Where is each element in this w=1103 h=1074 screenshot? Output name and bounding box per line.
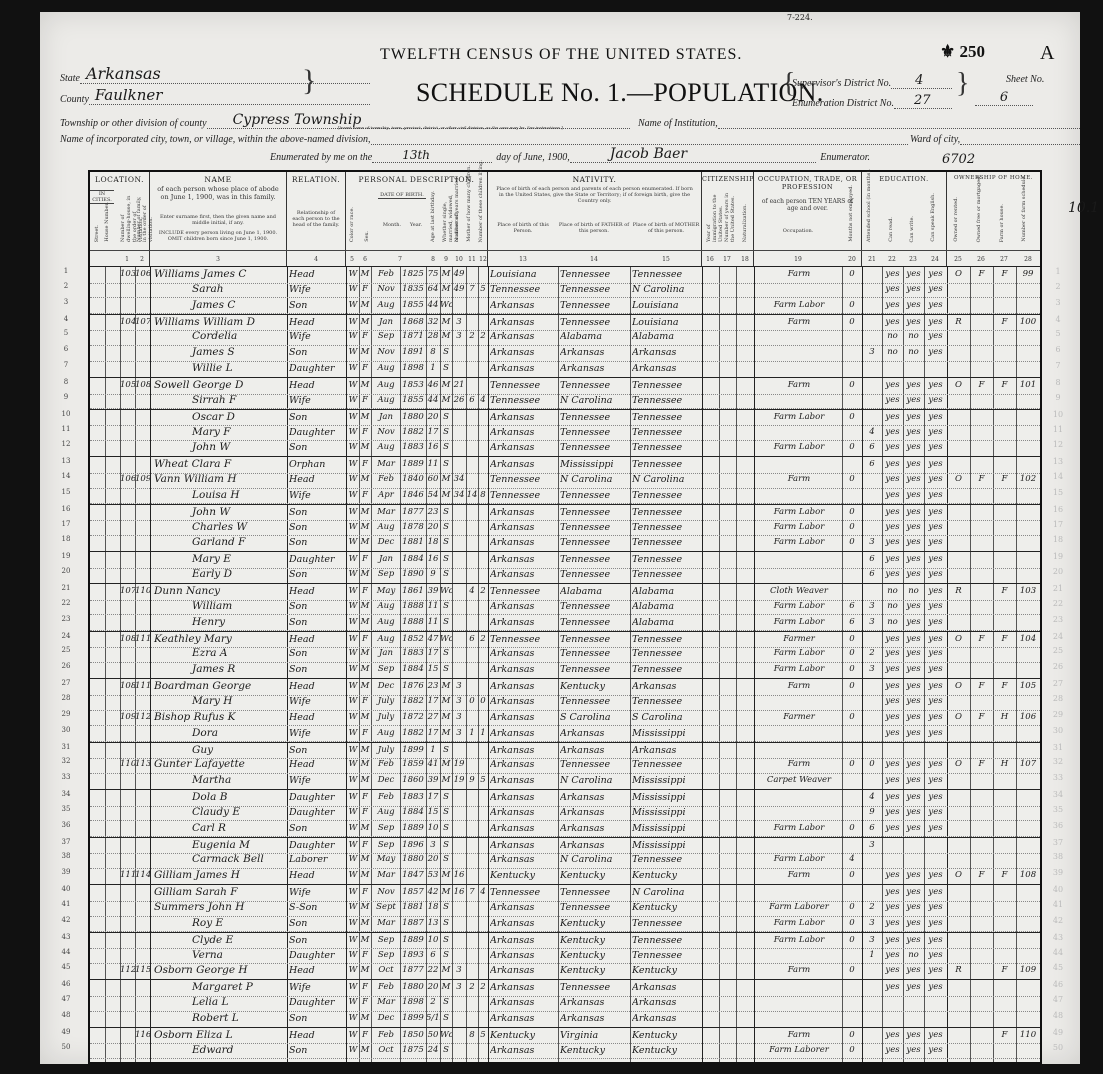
cell-bf: Alabama — [560, 329, 630, 345]
cell-own — [947, 743, 970, 759]
line-number-left: 31 — [56, 743, 76, 751]
name-sub1: of each person whose place of abode on J… — [156, 186, 280, 202]
cell-school — [862, 679, 882, 695]
years-married-header: Number of years married. — [454, 176, 460, 242]
institution-label: Name of Institution, — [638, 118, 718, 129]
cell-sex: M — [359, 852, 371, 868]
cell-born — [466, 868, 478, 884]
corner-note: 6702 — [942, 152, 975, 167]
cell-unemp — [842, 790, 862, 806]
cell-dw — [120, 1028, 135, 1044]
cell-age: 23 — [426, 505, 440, 521]
column-number: 2 — [134, 256, 150, 263]
cell-occ: Farm Labor — [756, 505, 842, 521]
cell-read: yes — [882, 567, 903, 583]
cell-own — [947, 361, 970, 377]
line-number-right: 19 — [1048, 552, 1068, 561]
line-number-left: 4 — [56, 315, 76, 323]
cell-farm — [993, 599, 1016, 615]
cell-own — [947, 646, 970, 662]
cell-own — [947, 933, 970, 949]
cell-farm — [993, 615, 1016, 631]
cell-month: Jan — [372, 646, 400, 662]
cell-mar: S — [440, 425, 452, 441]
line-number-left: 46 — [56, 980, 76, 988]
cell-living — [478, 679, 488, 695]
cell-read: yes — [882, 505, 903, 521]
enumerator-name: Jacob Baer — [570, 148, 816, 163]
cell-year: 1882 — [400, 694, 426, 710]
cell-write: yes — [903, 282, 924, 298]
cell-age: 47 — [426, 632, 440, 648]
cell-dw — [120, 535, 135, 551]
cell-rel: Wife — [289, 329, 345, 345]
cell-yrs — [452, 584, 466, 600]
enumerator-label: Enumerator. — [820, 152, 870, 163]
cell-unemp: 0 — [842, 410, 862, 426]
table-row: Willie LDaughterWFAug18981SArkansasArkan… — [90, 361, 1040, 378]
cell-living: 2 — [478, 632, 488, 648]
cell-born: 8 — [466, 1028, 478, 1044]
cell-bp: Arkansas — [490, 425, 558, 441]
column-number: 12 — [475, 256, 491, 263]
cell-eng: yes — [924, 567, 947, 583]
cell-month: Feb — [372, 472, 400, 488]
line-number-left: 11 — [56, 425, 76, 433]
cell-month: Sep — [372, 329, 400, 345]
cell-school: 6 — [862, 567, 882, 583]
cell-sched — [1016, 361, 1040, 377]
cell-bp: Arkansas — [490, 726, 558, 742]
enumerated-field: Enumerated by me on the 13th day of June… — [270, 148, 870, 163]
cell-free: F — [970, 472, 993, 488]
cell-year: 1855 — [400, 393, 426, 409]
cell-fam — [135, 980, 150, 996]
cell-sex: M — [359, 520, 371, 536]
cell-bm: Mississippi — [632, 790, 702, 806]
cell-born — [466, 298, 478, 314]
cell-mar: S — [440, 410, 452, 426]
line-number-left: 33 — [56, 773, 76, 781]
cell-rel: Daughter — [289, 805, 345, 821]
cell-sex: F — [359, 457, 371, 473]
cell-born — [466, 552, 478, 568]
cell-yrs — [452, 646, 466, 662]
cell-living — [478, 440, 488, 456]
cell-sched — [1016, 535, 1040, 551]
cell-sex: M — [359, 662, 371, 678]
cell-dw — [120, 900, 135, 916]
cell-yrs — [452, 440, 466, 456]
cell-sex: M — [359, 821, 371, 837]
cell-school — [862, 963, 882, 979]
cell-bf: Arkansas — [560, 790, 630, 806]
cell-sched — [1016, 933, 1040, 949]
cell-year: 1880 — [400, 410, 426, 426]
cell-color: W — [347, 694, 359, 710]
table-row: HenrySonWMAug188811SArkansasTennesseeAla… — [90, 615, 1040, 632]
cell-school: 0 — [862, 757, 882, 773]
nativity-title: NATIVITY. — [488, 175, 701, 184]
line-number-right: 2 — [1048, 282, 1068, 291]
cell-year: 1891 — [400, 345, 426, 361]
cell-living — [478, 900, 488, 916]
cell-yrs — [452, 410, 466, 426]
cell-farm — [993, 505, 1016, 521]
state-label: State — [60, 73, 80, 84]
cell-year: 1890 — [400, 567, 426, 583]
cell-dw — [120, 599, 135, 615]
cell-write: yes — [903, 393, 924, 409]
cell-yrs — [452, 838, 466, 854]
cell-sched — [1016, 488, 1040, 504]
cell-fam — [135, 440, 150, 456]
cell-age: 39 — [426, 773, 440, 789]
cell-bf: Tennessee — [560, 980, 630, 996]
cell-rel: Daughter — [289, 790, 345, 806]
cell-occ — [756, 361, 842, 377]
column-number: 26 — [973, 256, 989, 263]
cell-bp: Arkansas — [490, 916, 558, 932]
cell-born — [466, 790, 478, 806]
cell-yrs — [452, 948, 466, 964]
cell-age: 8 — [426, 345, 440, 361]
cell-color: W — [347, 632, 359, 648]
cell-mar: S — [440, 615, 452, 631]
cell-born — [466, 615, 478, 631]
cell-school — [862, 488, 882, 504]
cell-own — [947, 790, 970, 806]
table-row: Carl RSonWMSep188910SArkansasArkansasMis… — [90, 821, 1040, 838]
line-number-right: 15 — [1048, 488, 1068, 497]
line-number-left: 34 — [56, 790, 76, 798]
table-row: John WSonWMAug188316SArkansasTennesseeTe… — [90, 440, 1040, 457]
cell-bp: Arkansas — [490, 963, 558, 979]
cell-farm — [993, 805, 1016, 821]
cell-fam: 107 — [135, 315, 150, 331]
cell-born: 1 — [466, 726, 478, 742]
cell-free — [970, 646, 993, 662]
line-number-right: 10 — [1048, 410, 1068, 419]
cell-age: 3 — [426, 838, 440, 854]
cell-month: Mar — [372, 916, 400, 932]
cell-bf: Tennessee — [560, 378, 630, 394]
cell-month: Sept — [372, 900, 400, 916]
cell-yrs: 3 — [452, 710, 466, 726]
cell-school — [862, 378, 882, 394]
cell-bp: Arkansas — [490, 520, 558, 536]
city-field: Name of incorporated city, town, or vill… — [60, 130, 908, 145]
cell-bp: Arkansas — [490, 298, 558, 314]
cell-mar: Wd — [440, 632, 452, 648]
cell-year: 1876 — [400, 679, 426, 695]
cell-year: 1855 — [400, 298, 426, 314]
cell-unemp: 0 — [842, 646, 862, 662]
cell-eng: yes — [924, 885, 947, 901]
cell-occ: Farm Labor — [756, 662, 842, 678]
cell-rel: Laborer — [289, 852, 345, 868]
cell-eng: yes — [924, 535, 947, 551]
cell-school: 1 — [862, 948, 882, 964]
cell-born: 6 — [466, 632, 478, 648]
immigration-header: Year of immigration to the United States… — [706, 192, 714, 242]
cell-bp: Arkansas — [490, 1043, 558, 1059]
cell-farm — [993, 1043, 1016, 1059]
cell-bp: Arkansas — [490, 900, 558, 916]
cell-yrs: 34 — [452, 488, 466, 504]
cell-sex: F — [359, 980, 371, 996]
cell-read: yes — [882, 378, 903, 394]
cell-read: yes — [882, 425, 903, 441]
cell-own: R — [947, 584, 970, 600]
cell-mar: S — [440, 361, 452, 377]
cell-yrs — [452, 361, 466, 377]
cell-school — [862, 410, 882, 426]
cell-farm — [993, 298, 1016, 314]
table-row: CordeliaWifeWFSep187128M322ArkansasAlaba… — [90, 329, 1040, 346]
cell-sched — [1016, 599, 1040, 615]
cell-sex: M — [359, 505, 371, 521]
line-number-right: 28 — [1048, 694, 1068, 703]
cell-yrs: 21 — [452, 378, 466, 394]
cell-bf: Mississippi — [560, 457, 630, 473]
enumeration-value: 27 — [894, 94, 952, 109]
cell-name: Williams William D — [152, 315, 288, 331]
cell-mar: S — [440, 995, 452, 1011]
line-number-right: 14 — [1048, 472, 1068, 481]
cell-write: yes — [903, 440, 924, 456]
cell-own — [947, 410, 970, 426]
line-number-right: 36 — [1048, 821, 1068, 830]
cell-free — [970, 410, 993, 426]
cell-age: 6 — [426, 948, 440, 964]
line-number-left: 23 — [56, 615, 76, 623]
cell-color: W — [347, 615, 359, 631]
cell-bm: Tennessee — [632, 378, 702, 394]
cell-sched — [1016, 505, 1040, 521]
line-number-left: 28 — [56, 694, 76, 702]
cell-color: W — [347, 599, 359, 615]
cell-farm — [993, 948, 1016, 964]
cell-sched: 103 — [1016, 584, 1040, 600]
cell-bm: Arkansas — [632, 679, 702, 695]
cell-free — [970, 805, 993, 821]
cell-rel: Son — [289, 821, 345, 837]
cell-occ — [756, 1011, 842, 1027]
cell-bp: Tennessee — [490, 472, 558, 488]
cell-school — [862, 1043, 882, 1059]
cell-color: W — [347, 410, 359, 426]
cell-own — [947, 900, 970, 916]
cell-read: yes — [882, 980, 903, 996]
table-row: WilliamSonWMAug188811SArkansasTennesseeA… — [90, 599, 1040, 616]
cell-sched — [1016, 1043, 1040, 1059]
line-number-left: 41 — [56, 900, 76, 908]
cell-bp: Arkansas — [490, 646, 558, 662]
cell-name: Osborn Eliza L — [152, 1028, 288, 1044]
cell-school: 2 — [862, 646, 882, 662]
cell-sched — [1016, 615, 1040, 631]
cell-fam — [135, 838, 150, 854]
cell-occ — [756, 694, 842, 710]
line-number-left: 1 — [56, 267, 76, 275]
cell-bm: Kentucky — [632, 963, 702, 979]
cell-sched — [1016, 773, 1040, 789]
cell-write: no — [903, 584, 924, 600]
house-number-header: House Number. — [104, 202, 110, 242]
line-number-left: 26 — [56, 662, 76, 670]
cell-rel: Son — [289, 298, 345, 314]
cell-farm: H — [993, 710, 1016, 726]
cell-year: 1868 — [400, 315, 426, 331]
cell-own — [947, 298, 970, 314]
line-number-right: 45 — [1048, 963, 1068, 972]
cell-age: 10 — [426, 933, 440, 949]
cell-own: R — [947, 315, 970, 331]
cell-year: 1884 — [400, 805, 426, 821]
column-number: 22 — [884, 256, 900, 263]
cell-bp: Arkansas — [490, 838, 558, 854]
cell-bf: Tennessee — [560, 662, 630, 678]
cell-bf: Alabama — [560, 584, 630, 600]
cell-free: F — [970, 267, 993, 283]
cell-free — [970, 852, 993, 868]
cell-occ: Farm — [756, 757, 842, 773]
cell-fam — [135, 790, 150, 806]
cell-yrs — [452, 1011, 466, 1027]
cell-unemp: 4 — [842, 852, 862, 868]
cell-sched — [1016, 948, 1040, 964]
cell-born — [466, 472, 478, 488]
cell-fam — [135, 773, 150, 789]
institution-field: Name of Institution, — [638, 114, 1080, 129]
cell-farm — [993, 567, 1016, 583]
line-number-left: 2 — [56, 282, 76, 290]
cell-rel: Head — [289, 267, 345, 283]
cell-month: Oct — [372, 1043, 400, 1059]
cell-dw — [120, 440, 135, 456]
cell-school — [862, 852, 882, 868]
cell-fam — [135, 662, 150, 678]
line-number-left: 9 — [56, 393, 76, 401]
cell-bm: Alabama — [632, 584, 702, 600]
line-number-left: 45 — [56, 963, 76, 971]
line-number-right: 30 — [1048, 726, 1068, 735]
cell-sched — [1016, 425, 1040, 441]
cell-bf: Kentucky — [560, 868, 630, 884]
relation-sub: Relationship of each person to the head … — [291, 210, 341, 228]
cell-sched: 102 — [1016, 472, 1040, 488]
cell-farm — [993, 329, 1016, 345]
cell-own — [947, 995, 970, 1011]
cell-yrs — [452, 632, 466, 648]
cell-month: Aug — [372, 520, 400, 536]
cell-read: yes — [882, 393, 903, 409]
cell-bp: Arkansas — [490, 852, 558, 868]
cell-own — [947, 329, 970, 345]
line-number-left: 27 — [56, 679, 76, 687]
cell-dw — [120, 552, 135, 568]
cell-bp: Arkansas — [490, 710, 558, 726]
cell-write: yes — [903, 757, 924, 773]
cell-rel: Son — [289, 1043, 345, 1059]
cell-occ: Farm Labor — [756, 821, 842, 837]
cell-color: W — [347, 520, 359, 536]
cell-unemp — [842, 282, 862, 298]
cell-own — [947, 345, 970, 361]
cell-read: yes — [882, 694, 903, 710]
city-value — [371, 130, 908, 145]
sheet-number: 6 — [975, 90, 1033, 106]
cell-born — [466, 457, 478, 473]
cell-unemp — [842, 552, 862, 568]
cell-school: 6 — [862, 552, 882, 568]
cell-fam — [135, 646, 150, 662]
cell-unemp — [842, 885, 862, 901]
cell-bf: Arkansas — [560, 743, 630, 759]
cell-mar: M — [440, 282, 452, 298]
cell-read: yes — [882, 726, 903, 742]
cell-eng: yes — [924, 410, 947, 426]
cell-read: yes — [882, 315, 903, 331]
table-row: 110113Gunter LafayetteHeadWMFeb185941M19… — [90, 757, 1040, 774]
cell-bm: N Carolina — [632, 472, 702, 488]
cell-rel: Daughter — [289, 425, 345, 441]
cell-born — [466, 567, 478, 583]
cell-school — [862, 267, 882, 283]
cell-yrs: 16 — [452, 885, 466, 901]
cell-school — [862, 472, 882, 488]
cell-month: Aug — [372, 805, 400, 821]
cell-write: yes — [903, 694, 924, 710]
cell-yrs — [452, 298, 466, 314]
cell-color: W — [347, 821, 359, 837]
line-number-left: 6 — [56, 345, 76, 353]
column-number: 15 — [658, 256, 674, 263]
cell-rel: Wife — [289, 488, 345, 504]
cell-own — [947, 726, 970, 742]
cell-yrs: 3 — [452, 963, 466, 979]
cell-unemp: 0 — [842, 821, 862, 837]
cell-school — [862, 710, 882, 726]
cell-school: 6 — [862, 821, 882, 837]
cell-write: no — [903, 329, 924, 345]
cell-unemp: 0 — [842, 472, 862, 488]
cell-bm: Tennessee — [632, 662, 702, 678]
cell-read: yes — [882, 868, 903, 884]
table-row: Claudy EDaughterWFAug188415SArkansasArka… — [90, 805, 1040, 822]
cell-bm: Alabama — [632, 599, 702, 615]
cell-write — [903, 852, 924, 868]
cell-free — [970, 933, 993, 949]
cell-rel: Son — [289, 1011, 345, 1027]
cell-bp: Arkansas — [490, 821, 558, 837]
cell-age: 11 — [426, 615, 440, 631]
line-number-left: 22 — [56, 599, 76, 607]
cell-sched — [1016, 393, 1040, 409]
cell-write: yes — [903, 646, 924, 662]
cell-farm — [993, 838, 1016, 854]
cell-living — [478, 743, 488, 759]
cell-mar: S — [440, 1011, 452, 1027]
cell-sched — [1016, 457, 1040, 473]
cell-age: 17 — [426, 425, 440, 441]
cell-bf: Tennessee — [560, 757, 630, 773]
cell-free — [970, 662, 993, 678]
cell-occ: Farm — [756, 378, 842, 394]
county-label: County — [60, 94, 89, 105]
cell-rel: Head — [289, 632, 345, 648]
